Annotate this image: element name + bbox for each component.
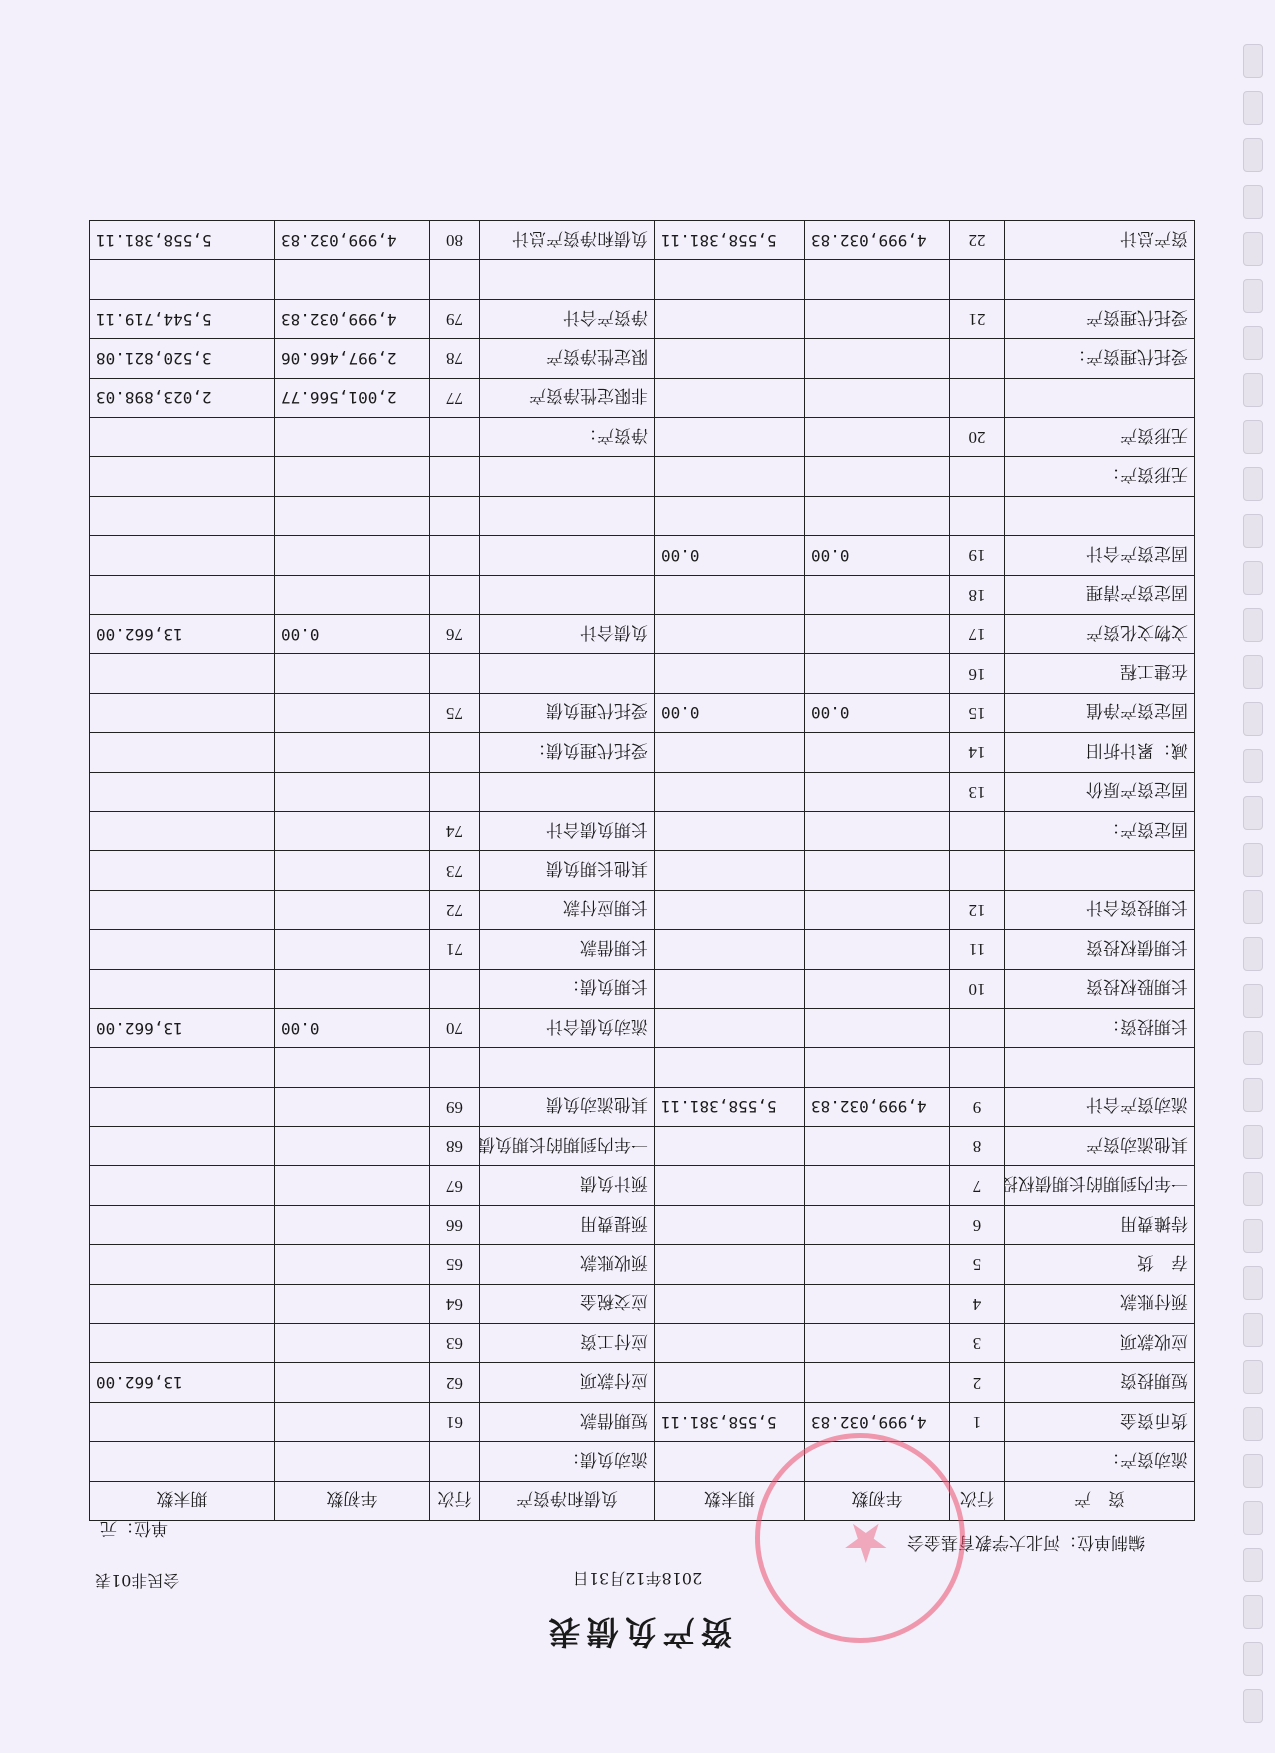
amount-cell [90,733,275,772]
table-row: 资产总计224,999,032.835,558,381.11负债和净资产总计80… [90,221,1195,260]
amount-cell: 13,662.00 [90,615,275,654]
item-label: 长期借款 [480,930,655,969]
item-label [480,1048,655,1087]
line-number [430,418,480,457]
binding-hole [1243,1454,1263,1488]
table-row: 流动资产：流动负债： [90,1442,1195,1481]
amount-cell [90,851,275,890]
item-label: 其他流动负债 [480,1087,655,1126]
amount-cell [655,654,805,693]
amount-cell [805,1284,950,1323]
item-label: 一年内到期的长期负债 [480,1127,655,1166]
amount-cell [805,930,950,969]
binding-hole [1243,608,1263,642]
line-number: 22 [950,221,1005,260]
table-row: 短期投资2应付款项6213,662.00 [90,1363,1195,1402]
table-row: 长期债权投资11长期借款71 [90,930,1195,969]
table-row: 减：累计折旧14受托代理负债： [90,733,1195,772]
binding-hole [1243,1501,1263,1535]
item-label: 限定性净资产 [480,339,655,378]
amount-cell [90,890,275,929]
amount-cell: 4,999,032.83 [805,221,950,260]
line-number [950,1442,1005,1481]
item-label: 长期投资： [1005,1008,1195,1047]
amount-cell: 5,558,381.11 [655,1087,805,1126]
amount-cell [90,1442,275,1481]
amount-cell [275,1048,430,1087]
binding-hole [1243,467,1263,501]
line-number: 76 [430,615,480,654]
line-number: 70 [430,1008,480,1047]
line-number: 9 [950,1087,1005,1126]
item-label: 长期负债合计 [480,811,655,850]
binding-hole [1243,420,1263,454]
amount-cell [275,1087,430,1126]
amount-cell [275,890,430,929]
amount-cell [655,1048,805,1087]
binding-hole [1243,1031,1263,1065]
amount-cell [655,969,805,1008]
table-row: 一年内到期的长期债权投资7预计负债67 [90,1166,1195,1205]
item-label: 长期负债： [480,969,655,1008]
amount-cell: 0.00 [805,536,950,575]
amount-cell [805,1245,950,1284]
item-label: 货币资金 [1005,1402,1195,1441]
line-number: 18 [950,575,1005,614]
line-number [430,575,480,614]
item-label: 在建工程 [1005,654,1195,693]
item-label: 减：累计折旧 [1005,733,1195,772]
item-label [480,496,655,535]
binding-hole [1243,561,1263,595]
line-number: 65 [430,1245,480,1284]
amount-cell [805,457,950,496]
line-number [950,378,1005,417]
amount-cell: 5,558,381.11 [655,1402,805,1441]
line-number: 67 [430,1166,480,1205]
line-number: 73 [430,851,480,890]
line-number [430,733,480,772]
amount-cell [655,733,805,772]
amount-cell [275,1245,430,1284]
amount-cell: 0.00 [275,1008,430,1047]
table-row: 受托代理资产21净资产合计794,999,032.835,544,719.11 [90,299,1195,338]
binding-hole [1243,702,1263,736]
amount-cell: 4,999,032.83 [805,1087,950,1126]
amount-cell [275,457,430,496]
column-header: 年初数 [805,1481,950,1520]
item-label [480,575,655,614]
amount-cell: 0.00 [275,615,430,654]
table-row: 无形资产： [90,457,1195,496]
line-number: 77 [430,378,480,417]
amount-cell: 0.00 [655,536,805,575]
amount-cell [655,1205,805,1244]
amount-cell [655,890,805,929]
amount-cell [655,811,805,850]
line-number [430,496,480,535]
item-label: 长期应付款 [480,890,655,929]
amount-cell [90,1402,275,1441]
binding-holes [1229,23,1263,1723]
amount-cell [655,1008,805,1047]
item-label: 负债合计 [480,615,655,654]
amount-cell [275,1284,430,1323]
line-number: 7 [950,1166,1005,1205]
amount-cell [805,575,950,614]
amount-cell [805,418,950,457]
item-label: 预提费用 [480,1205,655,1244]
amount-cell: 0.00 [655,693,805,732]
line-number [950,260,1005,299]
amount-cell [805,1127,950,1166]
binding-hole [1243,91,1263,125]
item-label: 长期股权投资 [1005,969,1195,1008]
line-number: 14 [950,733,1005,772]
binding-hole [1243,984,1263,1018]
amount-cell: 13,662.00 [90,1008,275,1047]
column-header: 资 产 [1005,1481,1195,1520]
item-label: 短期投资 [1005,1363,1195,1402]
table-row: 长期投资合计12长期应付款72 [90,890,1195,929]
binding-hole [1243,44,1263,78]
binding-hole [1243,749,1263,783]
amount-cell [655,496,805,535]
amount-cell [655,772,805,811]
amount-cell [655,1442,805,1481]
amount-cell [655,575,805,614]
amount-cell [90,969,275,1008]
amount-cell [275,1363,430,1402]
binding-hole [1243,1219,1263,1253]
table-row: 无形资产20净资产： [90,418,1195,457]
item-label: 长期投资合计 [1005,890,1195,929]
line-number: 3 [950,1324,1005,1363]
line-number: 12 [950,890,1005,929]
amount-cell [275,496,430,535]
item-label: 流动资产合计 [1005,1087,1195,1126]
item-label: 固定资产合计 [1005,536,1195,575]
amount-cell [805,1205,950,1244]
table-row: 在建工程16 [90,654,1195,693]
table-row: 固定资产净值150.000.00受托代理负债75 [90,693,1195,732]
amount-cell [90,1127,275,1166]
item-label: 负债和净资产总计 [480,221,655,260]
item-label: 流动负债： [480,1442,655,1481]
item-label: 存 货 [1005,1245,1195,1284]
amount-cell [275,418,430,457]
item-label: 流动负债合计 [480,1008,655,1047]
column-header: 期末数 [90,1481,275,1520]
binding-hole [1243,796,1263,830]
amount-cell [805,733,950,772]
amount-cell [90,1284,275,1323]
item-label: 预付账款 [1005,1284,1195,1323]
item-label [480,654,655,693]
amount-cell [275,1166,430,1205]
amount-cell [655,260,805,299]
amount-cell [90,772,275,811]
line-number: 80 [430,221,480,260]
amount-cell [805,496,950,535]
line-number [950,457,1005,496]
table-row: 受托代理资产：限定性净资产782,997,466.063,520,821.08 [90,339,1195,378]
amount-cell [655,378,805,417]
amount-cell [655,851,805,890]
amount-cell: 5,544,719.11 [90,299,275,338]
item-label: 净资产： [480,418,655,457]
amount-cell [655,299,805,338]
line-number: 19 [950,536,1005,575]
amount-cell: 4,999,032.83 [275,221,430,260]
item-label [480,260,655,299]
line-number: 8 [950,1127,1005,1166]
amount-cell [90,260,275,299]
amount-cell [275,811,430,850]
amount-cell [805,1442,950,1481]
amount-cell: 0.00 [805,693,950,732]
amount-cell [90,1087,275,1126]
table-row: 固定资产清理18 [90,575,1195,614]
amount-cell [90,536,275,575]
line-number: 21 [950,299,1005,338]
line-number: 64 [430,1284,480,1323]
amount-cell [805,654,950,693]
column-header: 年初数 [275,1481,430,1520]
amount-cell [805,1166,950,1205]
amount-cell [805,1363,950,1402]
binding-hole [1243,373,1263,407]
amount-cell [275,260,430,299]
amount-cell [90,1166,275,1205]
table-row: 应收款项3应付工资63 [90,1324,1195,1363]
amount-cell: 4,999,032.83 [275,299,430,338]
line-number: 4 [950,1284,1005,1323]
amount-cell [805,811,950,850]
item-label: 受托代理负债 [480,693,655,732]
binding-hole [1243,1078,1263,1112]
line-number: 11 [950,930,1005,969]
line-number: 66 [430,1205,480,1244]
binding-hole [1243,655,1263,689]
binding-hole [1243,1407,1263,1441]
binding-hole [1243,232,1263,266]
item-label [1005,496,1195,535]
amount-cell [275,930,430,969]
amount-cell: 5,558,381.11 [90,221,275,260]
item-label: 待摊费用 [1005,1205,1195,1244]
table-row [90,496,1195,535]
table-header: 资 产行次年初数期末数负债和净资产行次年初数期末数 [90,1481,1195,1520]
binding-hole [1243,890,1263,924]
item-label [1005,260,1195,299]
item-label: 短期借款 [480,1402,655,1441]
table-row: 流动资产合计94,999,032.835,558,381.11其他流动负债69 [90,1087,1195,1126]
line-number: 62 [430,1363,480,1402]
item-label [480,772,655,811]
binding-hole [1243,937,1263,971]
amount-cell [805,851,950,890]
amount-cell [805,890,950,929]
amount-cell [275,772,430,811]
amount-cell [90,1205,275,1244]
amount-cell [805,378,950,417]
amount-cell [805,969,950,1008]
amount-cell [655,457,805,496]
amount-cell: 5,558,381.11 [655,221,805,260]
item-label [480,536,655,575]
amount-cell [90,575,275,614]
item-label [480,457,655,496]
line-number [950,1048,1005,1087]
line-number [950,851,1005,890]
column-header: 行次 [430,1481,480,1520]
line-number: 61 [430,1402,480,1441]
table-row: 固定资产原价13 [90,772,1195,811]
amount-cell [275,1324,430,1363]
binding-hole [1243,1360,1263,1394]
amount-cell [805,260,950,299]
amount-cell [655,1363,805,1402]
line-number [950,339,1005,378]
amount-cell [275,1402,430,1441]
line-number: 63 [430,1324,480,1363]
item-label: 应付款项 [480,1363,655,1402]
amount-cell: 2,023,898.03 [90,378,275,417]
table-row: 长期股权投资10长期负债： [90,969,1195,1008]
column-header: 负债和净资产 [480,1481,655,1520]
item-label: 文物文化资产 [1005,615,1195,654]
table-row: 存 货5预收账款65 [90,1245,1195,1284]
amount-cell [275,654,430,693]
line-number: 10 [950,969,1005,1008]
line-number [430,457,480,496]
amount-cell [655,418,805,457]
table-row: 非限定性净资产772,001,566.772,023,898.03 [90,378,1195,417]
amount-cell [805,1048,950,1087]
line-number: 5 [950,1245,1005,1284]
line-number: 1 [950,1402,1005,1441]
binding-hole [1243,514,1263,548]
table-row: 预付账款4应交税金64 [90,1284,1195,1323]
amount-cell [275,969,430,1008]
balance-sheet-table: 资 产行次年初数期末数负债和净资产行次年初数期末数流动资产：流动负债：货币资金1… [89,220,1195,1521]
item-label: 应付工资 [480,1324,655,1363]
organization: 编制单位：河北大学教育基金会 [907,1532,1145,1557]
line-number: 79 [430,299,480,338]
amount-cell [805,299,950,338]
amount-cell [655,1166,805,1205]
item-label: 固定资产： [1005,811,1195,850]
item-label: 其他流动资产 [1005,1127,1195,1166]
item-label: 长期债权投资 [1005,930,1195,969]
form-number: 会民非01表 [95,1570,179,1593]
column-header: 行次 [950,1481,1005,1520]
amount-cell [655,1284,805,1323]
amount-cell [805,1008,950,1047]
rotated-page: 资产负债表 2018年12月31日 会民非01表 编制单位：河北大学教育基金会 … [0,0,1275,1753]
amount-cell [275,1205,430,1244]
amount-cell [275,693,430,732]
line-number: 6 [950,1205,1005,1244]
line-number [430,654,480,693]
line-number [430,772,480,811]
amount-cell: 2,001,566.77 [275,378,430,417]
currency-unit: 单位：元 [100,1518,168,1543]
amount-cell [655,339,805,378]
binding-hole [1243,1689,1263,1723]
amount-cell [90,496,275,535]
table-row [90,1048,1195,1087]
item-label: 净资产合计 [480,299,655,338]
table-row: 固定资产合计190.000.00 [90,536,1195,575]
binding-hole [1243,279,1263,313]
table-row: 其他长期负债73 [90,851,1195,890]
column-header: 期末数 [655,1481,805,1520]
table-row: 货币资金14,999,032.835,558,381.11短期借款61 [90,1402,1195,1441]
item-label: 其他长期负债 [480,851,655,890]
table-row: 长期投资：流动负债合计700.0013,662.00 [90,1008,1195,1047]
line-number: 15 [950,693,1005,732]
binding-hole [1243,1313,1263,1347]
item-label: 应交税金 [480,1284,655,1323]
amount-cell: 4,999,032.83 [805,1402,950,1441]
item-label: 一年内到期的长期债权投资 [1005,1166,1195,1205]
table-row: 其他流动资产8一年内到期的长期负债68 [90,1127,1195,1166]
amount-cell [90,811,275,850]
line-number: 72 [430,890,480,929]
line-number: 68 [430,1127,480,1166]
amount-cell [90,1245,275,1284]
item-label: 非限定性净资产 [480,378,655,417]
item-label [1005,851,1195,890]
amount-cell [90,930,275,969]
amount-cell [805,1324,950,1363]
line-number: 69 [430,1087,480,1126]
amount-cell [275,851,430,890]
line-number [430,969,480,1008]
amount-cell [805,615,950,654]
amount-cell [275,575,430,614]
binding-hole [1243,1266,1263,1300]
amount-cell [655,1127,805,1166]
line-number: 78 [430,339,480,378]
amount-cell [90,654,275,693]
item-label: 流动资产： [1005,1442,1195,1481]
line-number [950,1008,1005,1047]
amount-cell: 13,662.00 [90,1363,275,1402]
table-row: 文物文化资产17负债合计760.0013,662.00 [90,615,1195,654]
amount-cell [655,1245,805,1284]
amount-cell [805,339,950,378]
amount-cell [275,1442,430,1481]
item-label: 无形资产： [1005,457,1195,496]
binding-hole [1243,138,1263,172]
item-label: 资产总计 [1005,221,1195,260]
item-label: 无形资产 [1005,418,1195,457]
item-label: 固定资产净值 [1005,693,1195,732]
line-number: 75 [430,693,480,732]
page-title: 资产负债表 [0,1611,1275,1657]
binding-hole [1243,326,1263,360]
report-date: 2018年12月31日 [0,1568,1275,1591]
line-number: 20 [950,418,1005,457]
amount-cell [275,1127,430,1166]
amount-cell [90,1048,275,1087]
line-number [430,1442,480,1481]
amount-cell [275,733,430,772]
binding-hole [1243,1125,1263,1159]
